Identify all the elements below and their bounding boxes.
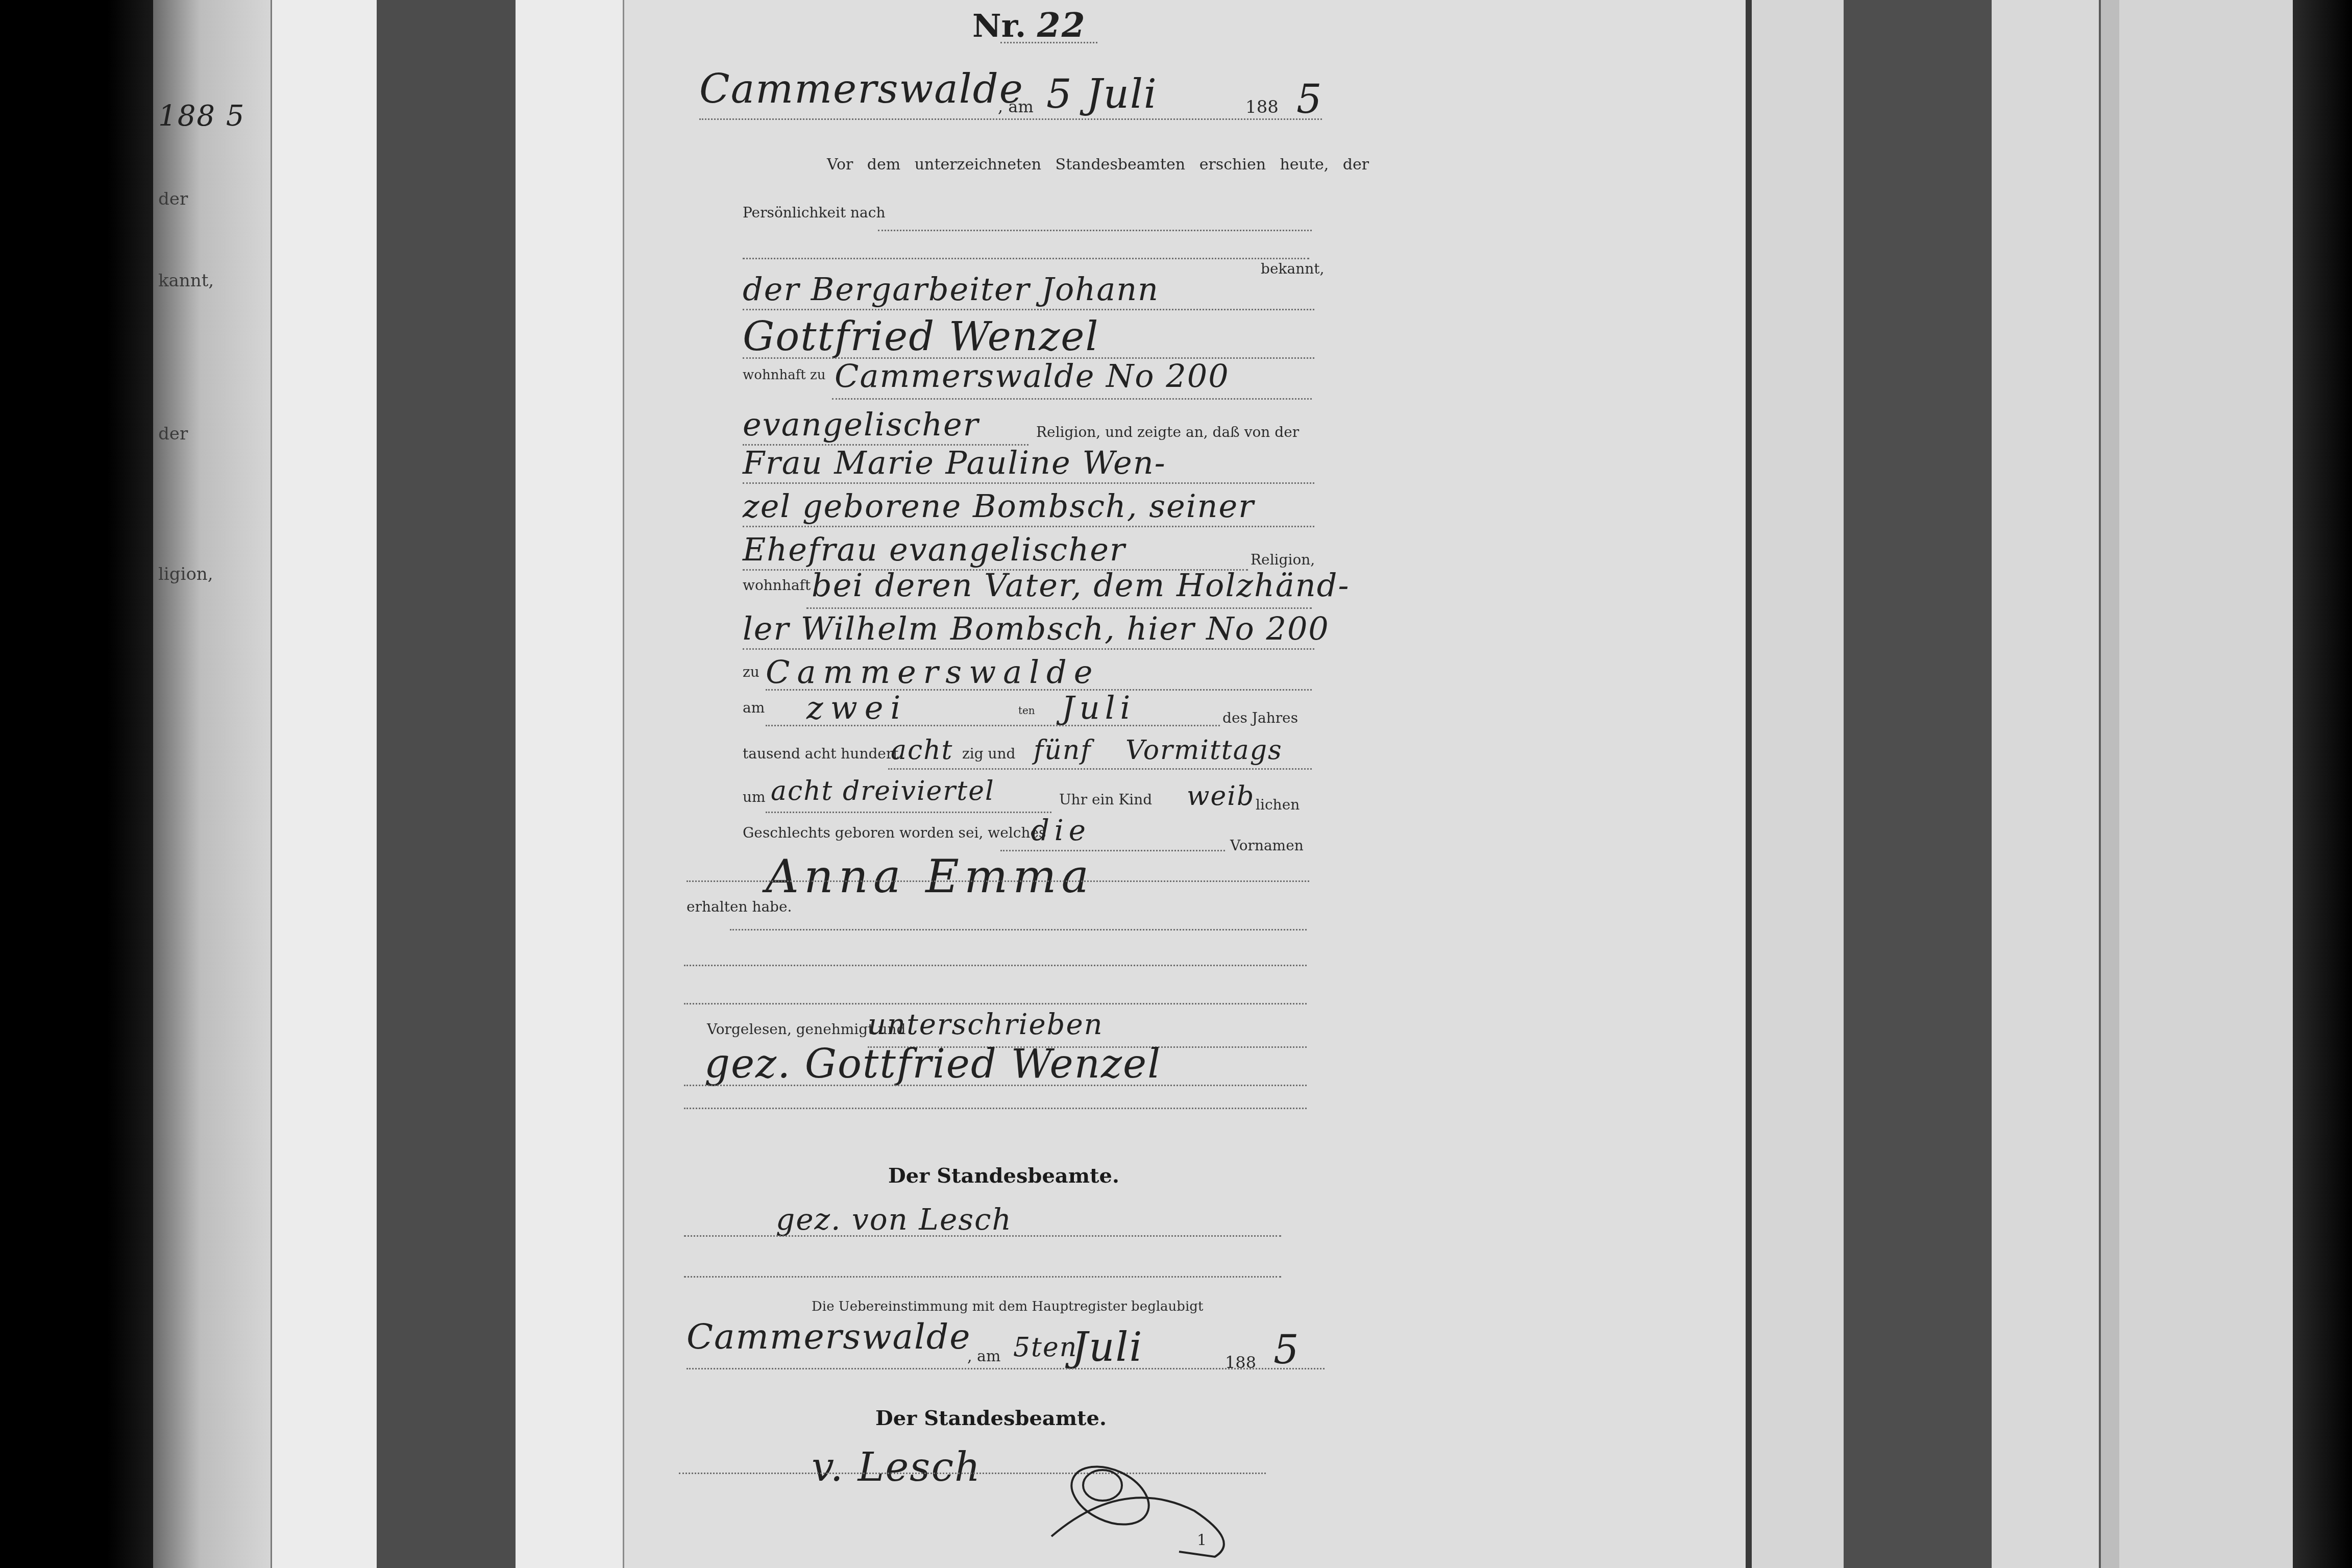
residence-label: wohnhaft zu — [743, 367, 825, 383]
residence-value: Cammerswalde No 200 — [835, 357, 1230, 395]
erhalten-label: erhalten habe. — [687, 898, 792, 915]
mother-religion-label: Religion, — [1251, 551, 1315, 568]
cert-am-label: , am — [967, 1347, 1000, 1365]
mother-name-line-2: zel geborene Bombsch, seiner — [743, 487, 1255, 525]
record-number-label: Nr. — [972, 7, 1026, 44]
birth-date-am-label: am — [743, 699, 765, 716]
certification-text: Die Uebereinstimmung mit dem Hauptregist… — [812, 1299, 1203, 1314]
registrar-heading: Der Standesbeamte. — [888, 1164, 1119, 1188]
mother-name-line-1: Frau Marie Pauline Wen- — [743, 444, 1166, 481]
year-mid-label: zig und — [962, 745, 1016, 762]
page-edge — [1746, 0, 1752, 1568]
birth-place: Cammerswalde — [766, 653, 1099, 691]
year-units: fünf — [1034, 735, 1091, 766]
birth-day-suffix: ten — [1018, 704, 1035, 717]
mother-religion-value: Ehefrau evangelischer — [743, 531, 1126, 568]
cert-day: 5ten — [1013, 1332, 1077, 1363]
birth-day: zwei — [806, 689, 908, 726]
year-tens: acht — [891, 735, 953, 766]
persoenlichkeit-label: Persönlichkeit nach — [743, 204, 886, 221]
mother-residence-line-1: bei deren Vater, dem Holzhänd- — [812, 567, 1350, 604]
cert-year-suffix: 5 — [1273, 1327, 1300, 1373]
registrar-signature-2: v. Lesch — [812, 1444, 981, 1490]
cert-place: Cammerswalde — [687, 1317, 971, 1357]
right-paper-edge — [2099, 0, 2121, 1568]
right-paper-strip — [1992, 0, 2099, 1568]
um-label: um — [743, 789, 766, 805]
time-of-day: Vormittags — [1125, 735, 1283, 766]
mother-residence-label: wohnhaft — [743, 577, 811, 594]
header-date: 5 Juli — [1046, 71, 1158, 117]
geschlecht-label: Geschlechts geboren worden sei, welches — [743, 824, 1046, 841]
left-fragment-year: 188 5 — [158, 100, 245, 133]
child-name: Anna Emma — [766, 850, 1094, 903]
record-number: Nr. 22 — [972, 5, 1086, 45]
left-fragment-word: kannt, — [158, 271, 214, 291]
sex-value: weib — [1187, 781, 1255, 812]
signature-flourish-icon — [1021, 1455, 1276, 1567]
right-paper-strip — [1752, 0, 1845, 1568]
intro-line: Vor dem unterzeichneten Standesbeamten e… — [827, 156, 1369, 174]
birth-hour: acht dreiviertel — [771, 776, 995, 806]
registrar-signature: gez. von Lesch — [776, 1202, 1012, 1237]
religion-label: Religion, und zeigte an, daß von der — [1036, 424, 1299, 440]
dark-separator-band — [377, 0, 516, 1568]
place-label: zu — [743, 664, 759, 680]
left-fragment-word: der — [158, 189, 188, 209]
vornamen-label: Vornamen — [1230, 837, 1304, 854]
vorgelesen-value: unterschrieben — [868, 1008, 1104, 1041]
right-paper-strip — [2119, 0, 2293, 1568]
informant-occupation: der Bergarbeiter Johann — [743, 271, 1159, 308]
header-year-prefix: 188 — [1245, 97, 1279, 117]
cert-month: Juli — [1072, 1325, 1143, 1370]
birth-month: Juli — [1062, 689, 1135, 726]
child-article: die — [1031, 814, 1091, 847]
left-page-fragment — [153, 0, 272, 1568]
dark-separator-band — [1844, 0, 1992, 1568]
left-fragment-word: ligion, — [158, 564, 213, 584]
year-text-prefix: tausend acht hundert — [743, 745, 899, 762]
religion-value: evangelischer — [743, 406, 979, 443]
header-am-label: , am — [998, 97, 1034, 116]
film-frame-left — [0, 0, 153, 1568]
informant-name: Gottfried Wenzel — [743, 314, 1099, 360]
des-jahres-label: des Jahres — [1222, 709, 1298, 726]
left-fragment-word: der — [158, 424, 188, 444]
header-place: Cammerswalde — [699, 66, 1024, 112]
paper-strip — [272, 0, 377, 1568]
paper-strip — [516, 0, 623, 1568]
informant-signature: gez. Gottfried Wenzel — [704, 1041, 1161, 1087]
mother-residence-line-2: ler Wilhelm Bombsch, hier No 200 — [743, 610, 1330, 647]
bekannt-label: bekannt, — [1261, 260, 1324, 277]
registrar-heading-2: Der Standesbeamte. — [875, 1406, 1107, 1430]
film-frame-right — [2293, 0, 2352, 1568]
uhr-label: Uhr ein Kind — [1059, 791, 1152, 808]
sex-suffix: lichen — [1256, 796, 1300, 813]
header-year-suffix: 5 — [1296, 77, 1323, 122]
record-number-value: 22 — [1037, 5, 1086, 45]
footer-mark: 1 — [1197, 1531, 1207, 1549]
